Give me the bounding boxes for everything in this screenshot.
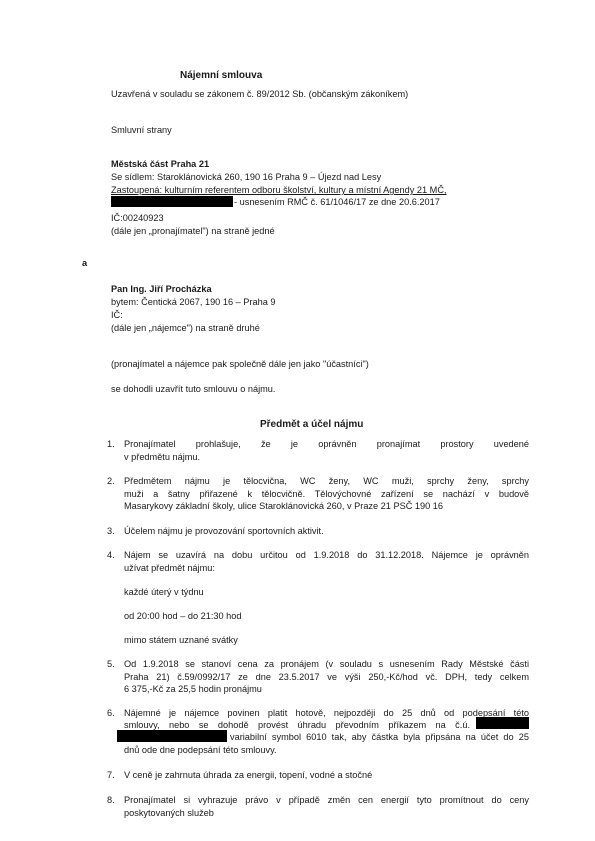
document-title: Nájemní smlouva (180, 70, 262, 82)
clause-number: 4. (107, 549, 115, 561)
clause-number: 1. (107, 438, 115, 450)
conjunction: a (82, 257, 87, 269)
tenant-address: bytem: Čentická 2067, 190 16 – Praha 9 (111, 296, 275, 308)
landlord-name: Městská část Praha 21 (111, 158, 209, 170)
landlord-resolution: - usnesením RMČ č. 61/1046/17 ze dne 20.… (234, 196, 440, 208)
schedule-exception: mimo státem uznané svátky (124, 634, 238, 646)
clause-line: Nájem se uzavírá na dobu určitou od 1.9.… (124, 549, 529, 562)
clause-number: 6. (107, 707, 115, 719)
schedule-time: od 20:00 hod – do 21:30 hod (124, 610, 242, 622)
clause-line: V ceně je zahrnuta úhrada za energii, to… (124, 769, 529, 782)
landlord-address: Se sídlem: Staroklánovická 260, 190 16 P… (111, 171, 381, 183)
parties-label: Smluvní strany (111, 124, 172, 136)
redaction-box (117, 730, 227, 742)
clause-line: poskytovaných služeb (124, 807, 529, 820)
clause-line: Nájemné je nájemce povinen platit hotově… (124, 707, 529, 720)
clause-number: 5. (107, 658, 115, 670)
document-subtitle: Uzavřená v souladu se zákonem č. 89/2012… (111, 88, 408, 100)
clause-line: v předmětu nájmu. (124, 451, 529, 464)
clause-line: Účelem nájmu je provozování sportovních … (124, 525, 529, 538)
clause-line: Pronajímatel si vyhrazuje právo v případ… (124, 794, 529, 807)
schedule-day: každé úterý v týdnu (124, 586, 204, 598)
clause-line: Od 1.9.2018 se stanoví cena za pronájem … (124, 658, 529, 671)
tenant-role: (dále jen „nájemce") na straně druhé (111, 322, 260, 334)
redaction-box (476, 717, 529, 729)
tenant-name: Pan Ing. Jiří Procházka (111, 283, 212, 295)
clause-number: 3. (107, 525, 115, 537)
clause-line: 6 375,-Kč za 25,5 hodin pronájmu (124, 683, 529, 696)
agreement-statement: se dohodli uzavřít tuto smlouvu o nájmu. (111, 383, 275, 395)
redaction-box (111, 196, 233, 207)
landlord-ico: IČ:00240923 (111, 212, 164, 224)
landlord-role: (dále jen „pronajímatel") na straně jedn… (111, 225, 275, 237)
clause-number: 7. (107, 769, 115, 781)
clause-line: Masarykovy základní školy, ulice Starokl… (124, 500, 529, 513)
landlord-represented-by: Zastoupená: kulturním referentem odboru … (111, 184, 447, 196)
clause-line: dnů ode dne podepsání této smlouvy. (124, 744, 277, 756)
clause-number: 2. (107, 475, 115, 487)
clause-line: Praha 21) č.59/0992/17 ze dne 23.5.2017 … (124, 671, 529, 684)
tenant-ico: IČ: (111, 309, 123, 321)
clause-line: užívat předmět nájmu: (124, 562, 529, 575)
section-heading: Předmět a účel nájmu (260, 419, 363, 431)
clause-number: 8. (107, 794, 115, 806)
clause-line: muži a šatny přiřazené k tělocvičně. Těl… (124, 488, 529, 501)
clause-line: Pronajímatel prohlašuje, že je oprávněn … (124, 438, 529, 451)
clause-line: Předmětem nájmu je tělocvična, WC ženy, … (124, 475, 529, 488)
clause-line: variabilní symbol 6010 tak, aby částka b… (230, 731, 529, 743)
parties-together: (pronajímatel a nájemce pak společně dál… (111, 358, 369, 370)
